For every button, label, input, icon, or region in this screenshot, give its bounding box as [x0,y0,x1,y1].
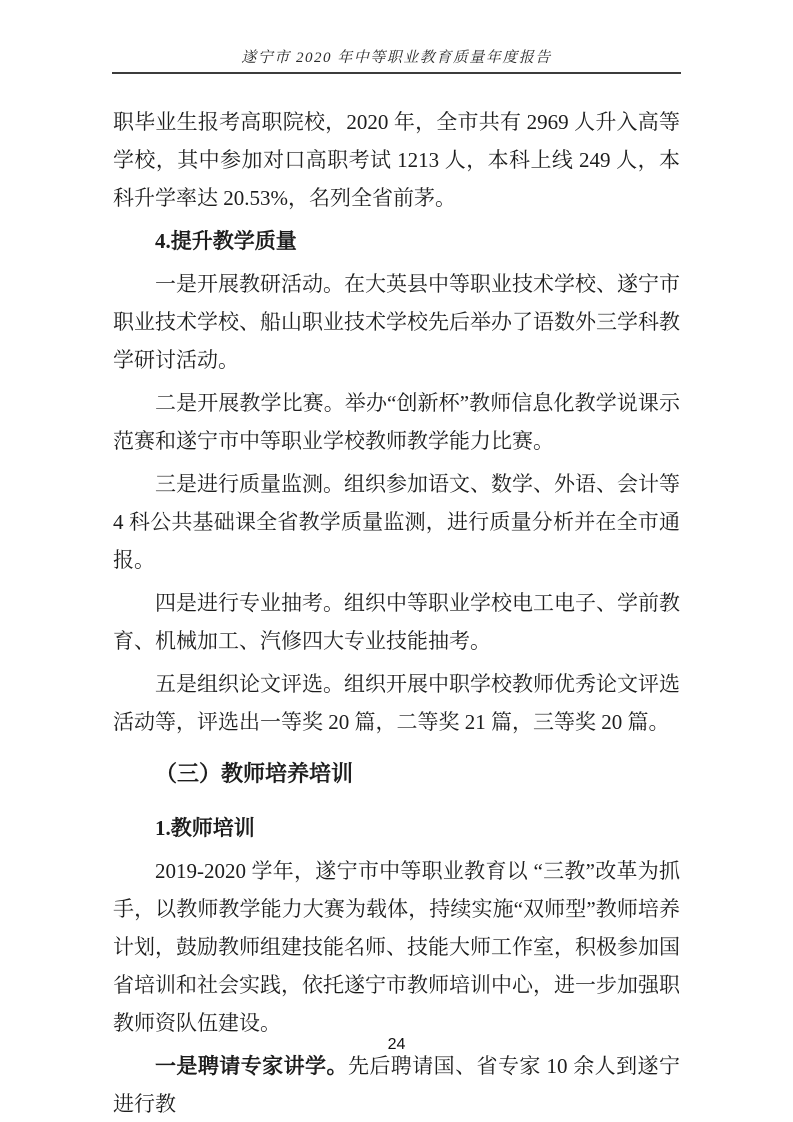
body-paragraph: 四是进行专业抽考。组织中等职业学校电工电子、学前教育、机械加工、汽修四大专业技能… [113,584,680,660]
sub-heading: 4.提升教学质量 [113,222,680,260]
header-rule [112,72,681,74]
page-header: 遂宁市 2020 年中等职业教育质量年度报告 [112,46,681,74]
body-paragraph: 二是开展教学比赛。举办“创新杯”教师信息化教学说课示范赛和遂宁市中等职业学校教师… [113,384,680,460]
body-paragraph: 三是进行质量监测。组织参加语文、数学、外语、会计等 4 科公共基础课全省教学质量… [113,465,680,579]
body-paragraph: 一是聘请专家讲学。先后聘请国、省专家 10 余人到遂宁进行教 [113,1047,680,1122]
document-content: 职毕业生报考高职院校，2020 年，全市共有 2969 人升入高等学校，其中参加… [113,103,680,1122]
body-paragraph: 职毕业生报考高职院校，2020 年，全市共有 2969 人升入高等学校，其中参加… [113,103,680,217]
page-footer: 24 [0,1036,793,1054]
sub-heading: 1.教师培训 [113,809,680,847]
document-page: 遂宁市 2020 年中等职业教育质量年度报告 职毕业生报考高职院校，2020 年… [0,0,793,1122]
body-paragraph: 2019-2020 学年，遂宁市中等职业教育以 “三教”改革为抓手，以教师教学能… [113,852,680,1042]
section-heading-level2: （三）教师培养培训 [113,755,680,793]
body-paragraph: 五是组织论文评选。组织开展中职学校教师优秀论文评选活动等，评选出一等奖 20 篇… [113,665,680,741]
paragraph-bold-lead: 一是聘请专家讲学。 [155,1054,348,1078]
page-number: 24 [388,1036,406,1053]
running-header-title: 遂宁市 2020 年中等职业教育质量年度报告 [112,46,681,67]
body-paragraph: 一是开展教研活动。在大英县中等职业技术学校、遂宁市职业技术学校、船山职业技术学校… [113,265,680,379]
